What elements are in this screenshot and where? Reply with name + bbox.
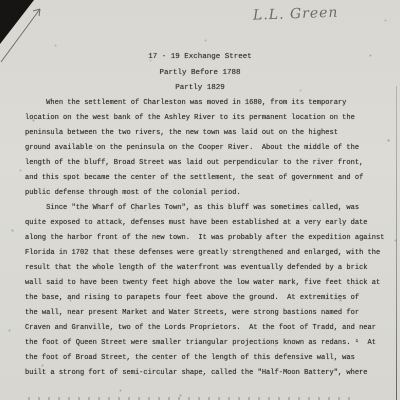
document-body-text: When the settlement of Charleston was mo… [25, 96, 384, 381]
scan-edge-shadow [396, 86, 397, 400]
doc-title-street: 17 - 19 Exchange Street [0, 50, 400, 66]
scanned-document-page: L.L. Green 17 - 19 Exchange Street Partl… [0, 0, 400, 400]
handwritten-name-annotation: L.L. Green [253, 2, 400, 23]
doc-title-date2: Partly 1829 [0, 81, 400, 97]
document-title-block: 17 - 19 Exchange Street Partly Before 17… [0, 50, 400, 97]
doc-title-date1: Partly Before 1788 [0, 66, 400, 82]
